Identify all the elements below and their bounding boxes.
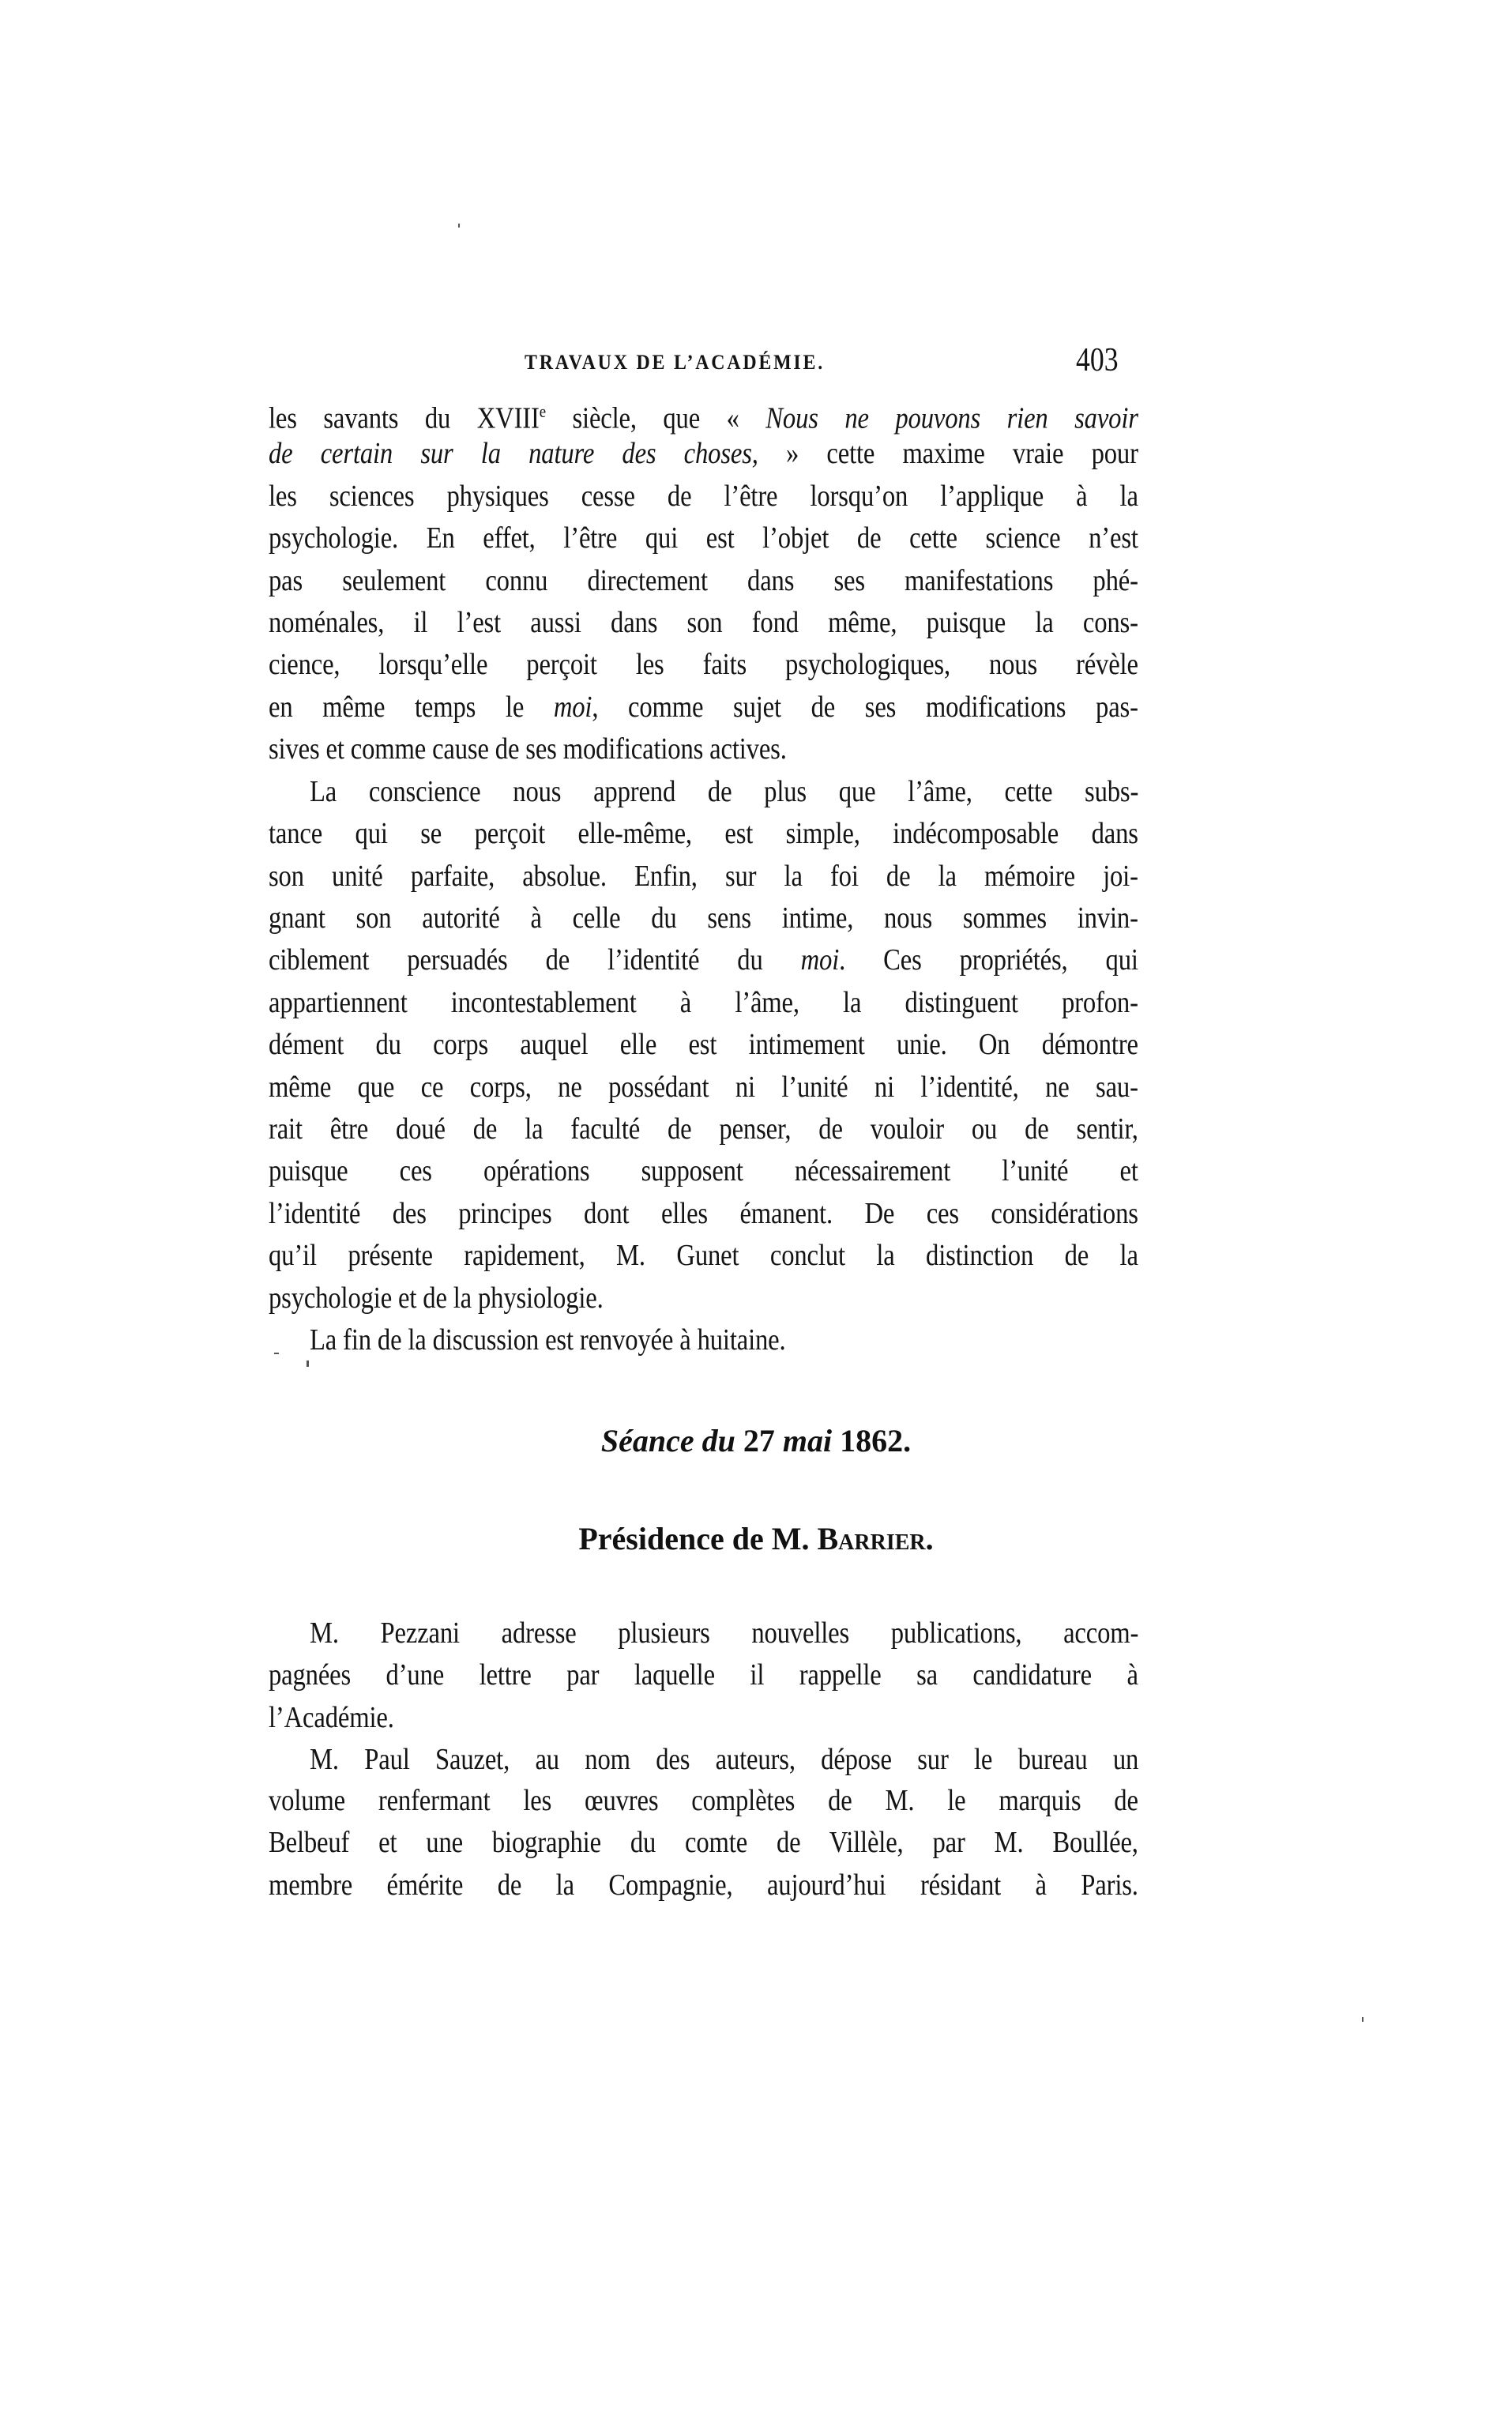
minutes-line-6: Belbeuf et une biographie du comte de Vi… [269,1827,1138,1857]
body-line-9: sives et comme cause de ses modification… [269,734,1016,764]
body-line-5: pas seulement connu directement dans ses… [269,566,1138,596]
body-line-20: l’identité des principes dont elles éman… [269,1199,1138,1229]
scan-speck [458,224,460,228]
body-line-17: même que ce corps, ne possédant ni l’uni… [269,1072,1138,1102]
session-heading: Séance du 27 mai 1862. [0,1422,1512,1459]
body-line-14: ciblement persuadés de l’identité du moi… [269,945,1138,975]
body-line-16: dément du corps auquel elle est intimeme… [269,1029,1138,1059]
minutes-line-4: M. Paul Sauzet, au nom des auteurs, dépo… [310,1744,1138,1775]
body-line-12: son unité parfaite, absolue. Enfin, sur … [269,861,1138,891]
minutes-line-1: M. Pezzani adresse plusieurs nouvelles p… [310,1618,1138,1648]
body-line-21: qu’il présente rapidement, M. Gunet conc… [269,1240,1138,1270]
body-line-13: gnant son autorité à celle du sens intim… [269,903,1138,933]
body-line-22: psychologie et de la physiologie. [269,1283,1016,1313]
body-line-7: cience, lorsqu’elle perçoit les faits ps… [269,649,1138,679]
minutes-line-3: l’Académie. [269,1703,1016,1733]
running-head-title: TRAVAUX DE L’ACADÉMIE. [525,351,825,374]
body-line-15: appartiennent incontestablement à l’âme,… [269,988,1138,1018]
body-line-19: puisque ces opérations supposent nécessa… [269,1156,1138,1186]
presidency-heading: Présidence de M. Barrier. [0,1520,1512,1557]
scan-speck [274,1353,279,1354]
body-line-18: rait être doué de la faculté de penser, … [269,1114,1138,1144]
minutes-line-2: pagnées d’une lettre par laquelle il rap… [269,1660,1138,1690]
body-line-8: en même temps le moi, comme sujet de ses… [269,692,1138,722]
scan-speck [1362,2017,1363,2022]
page-number-value: 403 [1076,342,1119,378]
body-line-3: les sciences physiques cesse de l’être l… [269,481,1138,511]
minutes-line-5: volume renfermant les œuvres complètes d… [269,1786,1138,1816]
minutes-line-7: membre émérite de la Compagnie, aujourd’… [269,1870,1138,1900]
body-line-11: tance qui se perçoit elle-même, est simp… [269,819,1138,849]
body-line-4: psychologie. En effet, l’être qui est l’… [269,523,1138,553]
body-line-10: La conscience nous apprend de plus que l… [310,777,1138,807]
book-page: TRAVAUX DE L’ACADÉMIE. 403 les savants d… [0,0,1512,2435]
body-line-1: les savants du XVIIIe siècle, que « Nous… [269,397,1138,434]
scan-speck [307,1361,309,1367]
body-line-23: La fin de la discussion est renvoyée à h… [310,1325,1057,1355]
page-number: 403 [1076,341,1119,379]
body-line-6: noménales, il l’est aussi dans son fond … [269,608,1138,638]
body-line-2: de certain sur la nature des choses, » c… [269,438,1138,469]
